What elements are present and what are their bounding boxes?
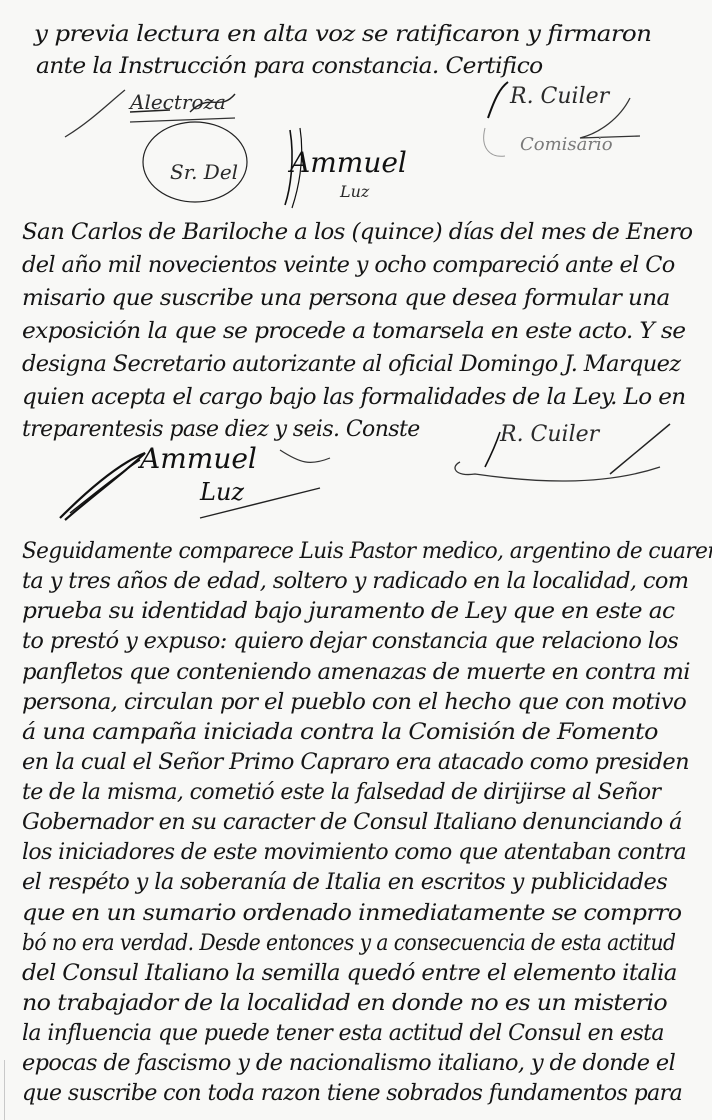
signature-name: R. Cuiler [510,84,609,109]
signature-right-middle: R. Cuiler [440,412,690,492]
signature-name: Alectroza [130,90,226,114]
text-line: San Carlos de Bariloche a los (quince) d… [22,222,692,244]
text-line: panfletos que conteniendo amenazas de mu… [22,662,690,684]
signature-name: R. Cuiler [500,422,599,447]
text-line: Seguidamente comparece Luis Pastor medic… [22,541,712,563]
document-page: y previa lectura en alta voz se ratifica… [0,0,712,1120]
signature-name: Sr. Del [170,160,238,184]
text-line: epocas de fascismo y de nacionalismo ita… [22,1053,675,1075]
text-line: persona, circulan por el pueblo con el h… [22,692,686,714]
text-line: en la cual el Señor Primo Capraro era at… [22,752,689,774]
text-line: ta y tres años de edad, soltero y radica… [22,571,688,593]
text-line: que suscribe con toda razon tiene sobrad… [22,1083,682,1105]
text-line: bó no era verdad. Desde entonces y a con… [22,933,675,955]
text-line: á una campaña iniciada contra la Comisió… [22,722,658,744]
text-line: que en un sumario ordenado inmediatament… [22,903,681,925]
signature-left-middle: Ammuel Luz [50,438,370,528]
text-line: to prestó y expuso: quiero dejar constan… [22,631,678,653]
text-line: y previa lectura en alta voz se ratifica… [34,24,651,46]
signature-title: Comisario [520,134,613,155]
signature-name: Ammuel [290,146,407,179]
text-line: la influencia que puede tener esta actit… [22,1023,664,1045]
text-line: exposición la que se procede a tomarsela… [22,321,685,343]
text-line: misario que suscribe una persona que des… [22,288,670,310]
margin-line [4,1060,5,1120]
signature-right-top: R. Cuiler Comisario [480,78,680,168]
text-line: no trabajador de la localidad en donde n… [22,993,667,1015]
text-line: el respéto y la soberanía de Italia en e… [22,872,667,894]
signature-center-top: Sr. Del Ammuel Luz [140,120,380,215]
signature-name: Ammuel [140,442,257,475]
text-line: ante la Instrucción para constancia. Cer… [36,56,543,78]
text-line: designa Secretario autorizante al oficia… [22,354,681,376]
text-line: del Consul Italiano la semilla quedó ent… [22,963,677,985]
text-line: Gobernador en su caracter de Consul Ital… [22,812,682,834]
text-line: te de la misma, cometió este la falsedad… [22,782,660,804]
text-line: prueba su identidad bajo juramento de Le… [22,601,674,623]
signature-sub: Luz [340,182,369,201]
text-line: los iniciadores de este movimiento como … [22,842,686,864]
signature-sub: Luz [200,478,244,506]
text-line: quien acepta el cargo bajo las formalida… [22,387,686,409]
text-line: del año mil novecientos veinte y ocho co… [22,255,675,277]
